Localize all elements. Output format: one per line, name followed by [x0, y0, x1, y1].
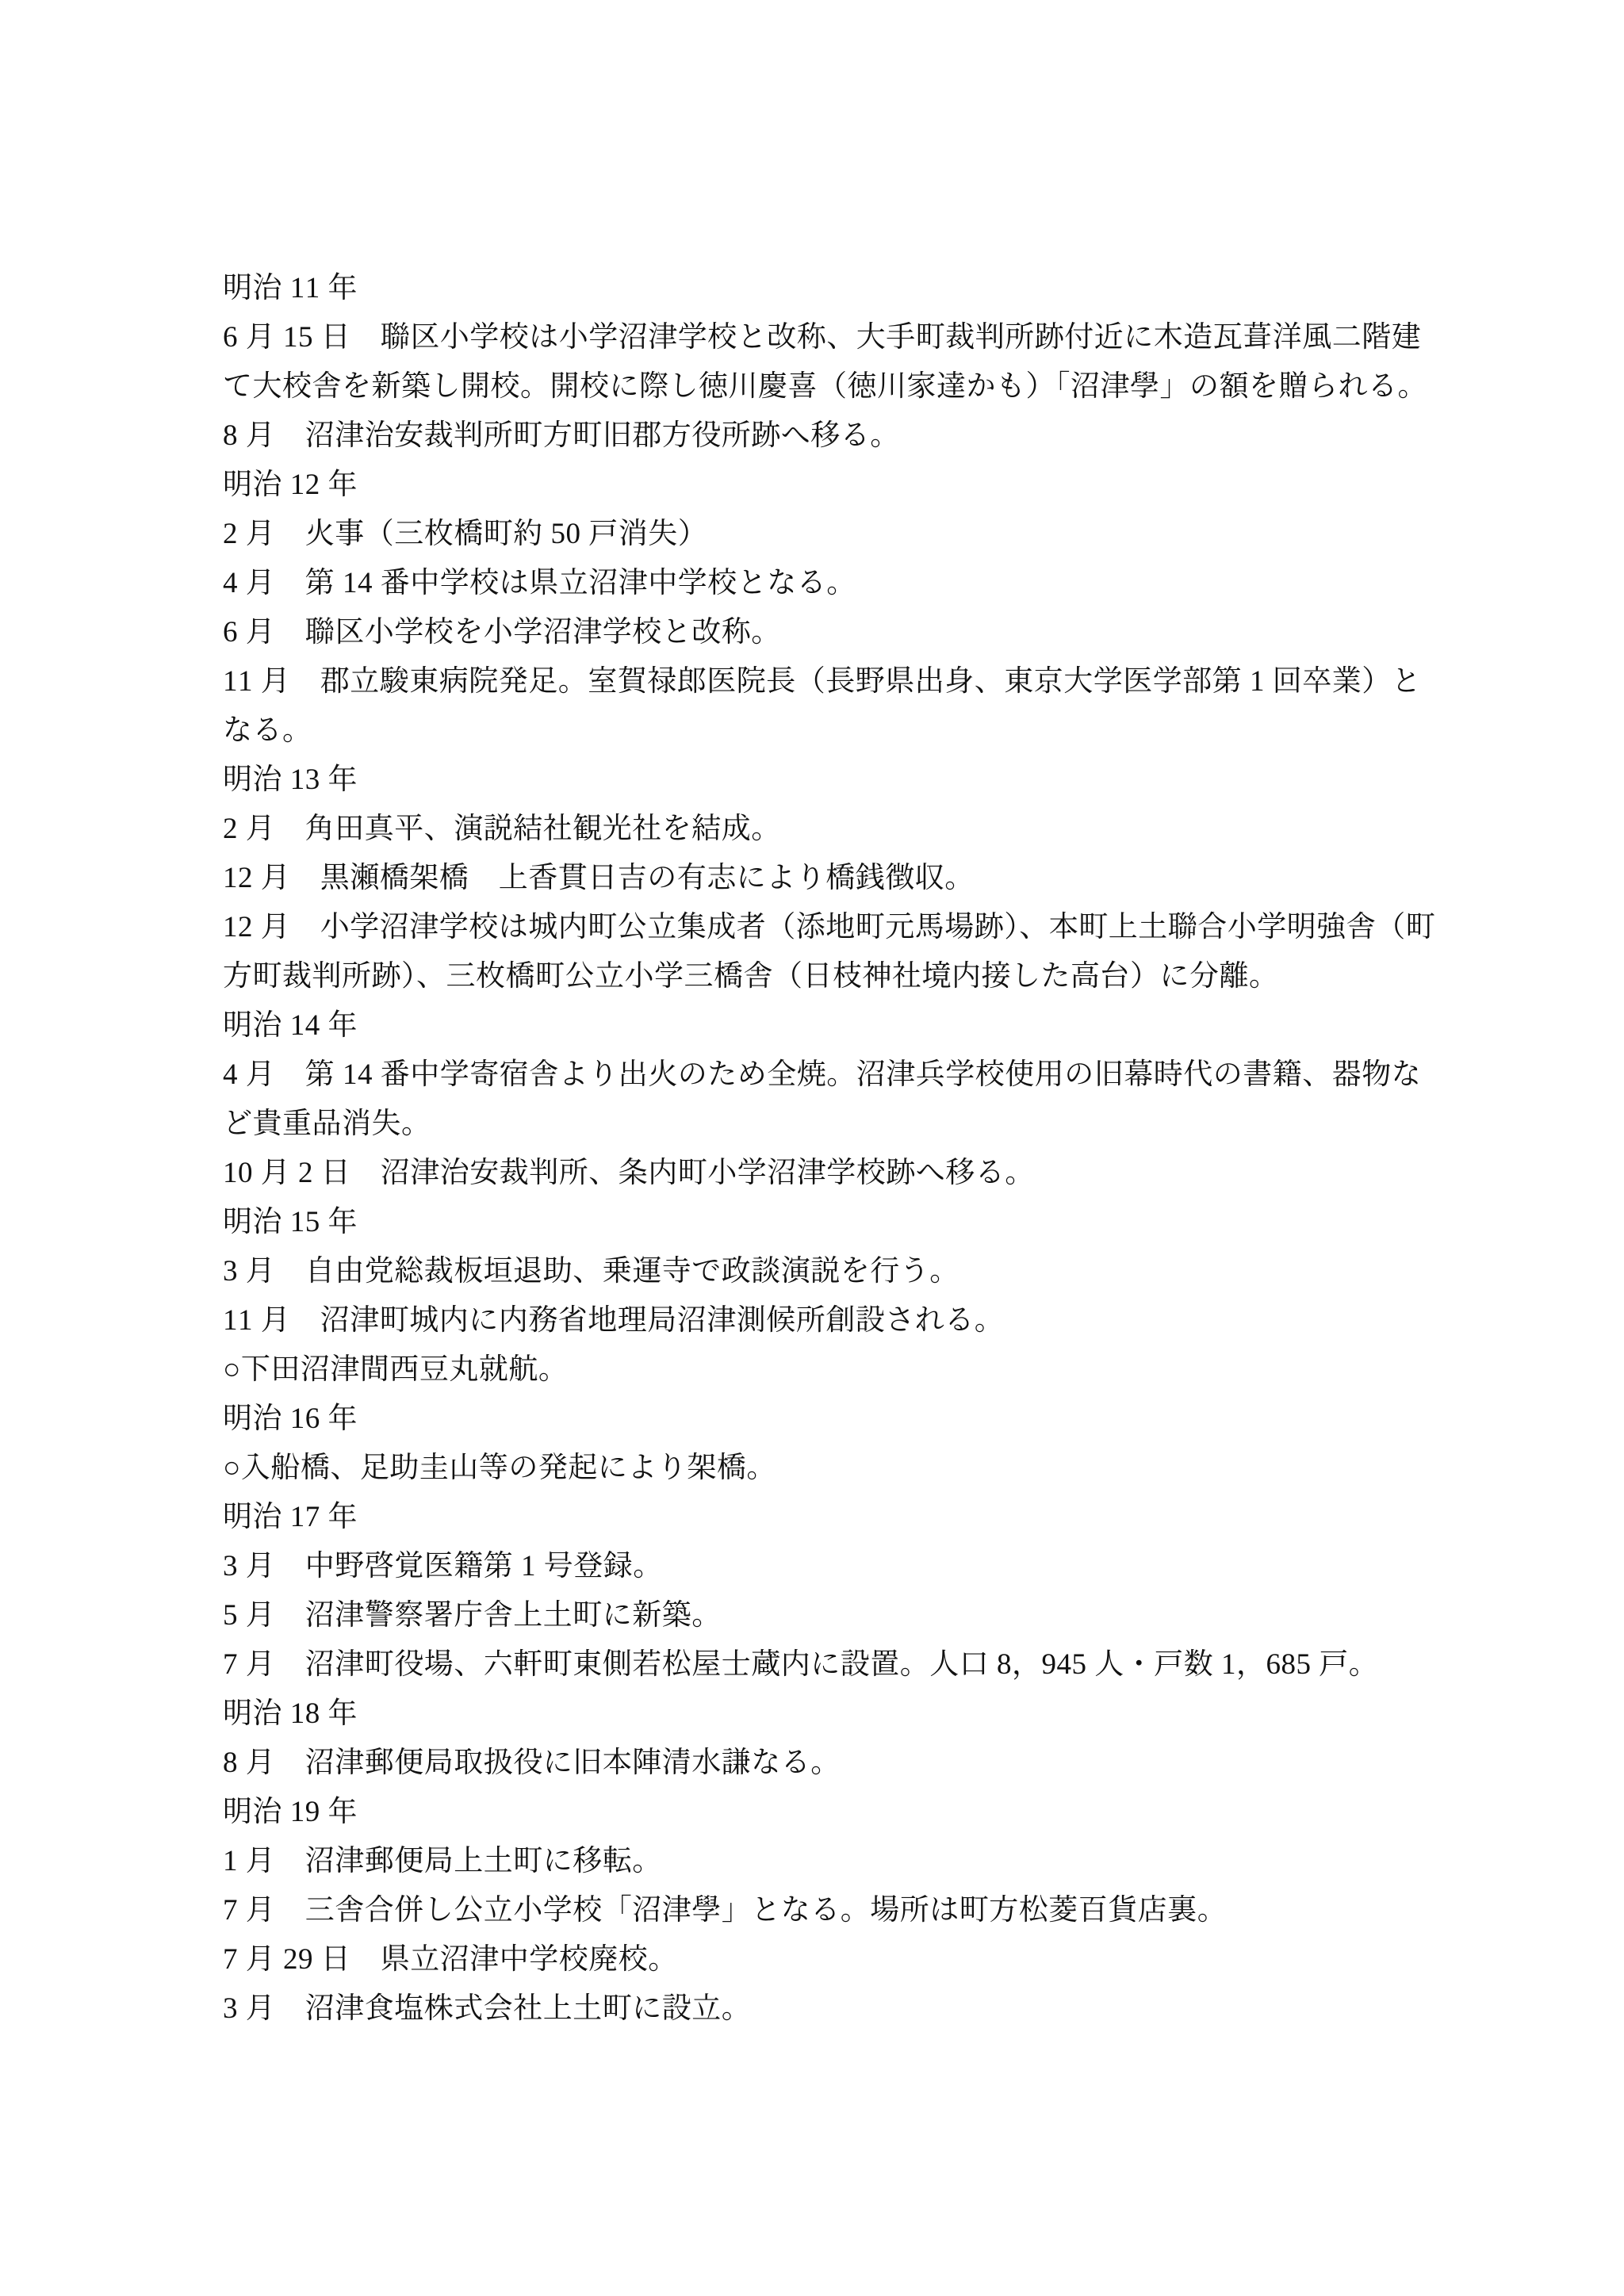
text-line: なる。: [223, 706, 1425, 756]
text-line: ○入船橋、足助圭山等の発起により架橋。: [223, 1444, 1425, 1493]
timeline-year-heading: 明治 11 年: [223, 264, 1425, 313]
timeline-year-heading: 明治 12 年: [223, 461, 1425, 510]
text-line: 7 月 沼津町役場、六軒町東側若松屋士蔵内に設置。人口 8，945 人・戸数 1…: [223, 1640, 1425, 1689]
timeline-entry: 6 月 15 日 聯区小学校は小学沼津学校と改称、大手町裁判所跡付近に木造瓦葺洋…: [223, 313, 1425, 411]
text-line: 8 月 沼津郵便局取扱役に旧本陣清水謙なる。: [223, 1739, 1425, 1788]
text-line: 4 月 第 14 番中学寄宿舎より出火のため全焼。沼津兵学校使用の旧幕時代の書籍…: [223, 1050, 1425, 1100]
text-line: 3 月 沼津食塩株式会社上土町に設立。: [223, 1984, 1425, 2034]
timeline-entry: 10 月 2 日 沼津治安裁判所、条内町小学沼津学校跡へ移る。: [223, 1149, 1425, 1198]
text-line: 7 月 三舎合併し公立小学校「沼津學」となる。場所は町方松菱百貨店裏。: [223, 1886, 1425, 1935]
timeline-year-heading: 明治 16 年: [223, 1395, 1425, 1444]
timeline-year-heading: 明治 15 年: [223, 1198, 1425, 1247]
timeline-entry: 2 月 火事（三枚橋町約 50 戸消失）: [223, 510, 1425, 559]
timeline-year-heading: 明治 19 年: [223, 1788, 1425, 1837]
text-line: 2 月 角田真平、演説結社観光社を結成。: [223, 805, 1425, 854]
text-line: 明治 11 年: [223, 264, 1425, 313]
text-line: 11 月 郡立駿東病院発足。室賀禄郎医院長（長野県出身、東京大学医学部第 1 回…: [223, 657, 1425, 706]
document-content: 明治 11 年6 月 15 日 聯区小学校は小学沼津学校と改称、大手町裁判所跡付…: [223, 264, 1425, 2034]
document-page: 明治 11 年6 月 15 日 聯区小学校は小学沼津学校と改称、大手町裁判所跡付…: [0, 0, 1624, 2296]
text-line: ○下田沼津間西豆丸就航。: [223, 1345, 1425, 1395]
text-line: 11 月 沼津町城内に内務省地理局沼津測候所創設される。: [223, 1296, 1425, 1345]
text-line: 明治 18 年: [223, 1689, 1425, 1739]
timeline-entry: 8 月 沼津郵便局取扱役に旧本陣清水謙なる。: [223, 1739, 1425, 1788]
timeline-entry: 11 月 郡立駿東病院発足。室賀禄郎医院長（長野県出身、東京大学医学部第 1 回…: [223, 657, 1425, 756]
text-line: 6 月 聯区小学校を小学沼津学校と改称。: [223, 608, 1425, 657]
timeline-entry: 8 月 沼津治安裁判所町方町旧郡方役所跡へ移る。: [223, 411, 1425, 461]
timeline-entry: 7 月 三舎合併し公立小学校「沼津學」となる。場所は町方松菱百貨店裏。: [223, 1886, 1425, 1935]
text-line: 10 月 2 日 沼津治安裁判所、条内町小学沼津学校跡へ移る。: [223, 1149, 1425, 1198]
timeline-entry: ○入船橋、足助圭山等の発起により架橋。: [223, 1444, 1425, 1493]
text-line: 明治 13 年: [223, 756, 1425, 805]
text-line: 明治 15 年: [223, 1198, 1425, 1247]
timeline-entry: 6 月 聯区小学校を小学沼津学校と改称。: [223, 608, 1425, 657]
text-line: 明治 16 年: [223, 1395, 1425, 1444]
timeline-year-heading: 明治 14 年: [223, 1001, 1425, 1050]
timeline-entry: 12 月 黒瀬橋架橋 上香貫日吉の有志により橋銭徴収。: [223, 854, 1425, 903]
text-line: 3 月 自由党総裁板垣退助、乗運寺で政談演説を行う。: [223, 1247, 1425, 1296]
text-line: 明治 19 年: [223, 1788, 1425, 1837]
timeline-year-heading: 明治 17 年: [223, 1493, 1425, 1542]
text-line: 12 月 小学沼津学校は城内町公立集成者（添地町元馬場跡）、本町上土聯合小学明強…: [223, 903, 1425, 952]
timeline-year-heading: 明治 13 年: [223, 756, 1425, 805]
timeline-entry: 5 月 沼津警察署庁舎上土町に新築。: [223, 1591, 1425, 1640]
text-line: 4 月 第 14 番中学校は県立沼津中学校となる。: [223, 559, 1425, 608]
timeline-entry: ○下田沼津間西豆丸就航。: [223, 1345, 1425, 1395]
timeline-entry: 7 月 29 日 県立沼津中学校廃校。: [223, 1935, 1425, 1984]
timeline-entry: 3 月 沼津食塩株式会社上土町に設立。: [223, 1984, 1425, 2034]
timeline-entry: 1 月 沼津郵便局上土町に移転。: [223, 1837, 1425, 1886]
text-line: 6 月 15 日 聯区小学校は小学沼津学校と改称、大手町裁判所跡付近に木造瓦葺洋…: [223, 313, 1425, 362]
text-line: 明治 14 年: [223, 1001, 1425, 1050]
text-line: 方町裁判所跡）、三枚橋町公立小学三橋舎（日枝神社境内接した高台）に分離。: [223, 952, 1425, 1001]
timeline-entry: 4 月 第 14 番中学寄宿舎より出火のため全焼。沼津兵学校使用の旧幕時代の書籍…: [223, 1050, 1425, 1149]
timeline-entry: 7 月 沼津町役場、六軒町東側若松屋士蔵内に設置。人口 8，945 人・戸数 1…: [223, 1640, 1425, 1689]
text-line: 2 月 火事（三枚橋町約 50 戸消失）: [223, 510, 1425, 559]
text-line: 明治 12 年: [223, 461, 1425, 510]
text-line: 8 月 沼津治安裁判所町方町旧郡方役所跡へ移る。: [223, 411, 1425, 461]
timeline-entry: 12 月 小学沼津学校は城内町公立集成者（添地町元馬場跡）、本町上土聯合小学明強…: [223, 903, 1425, 1001]
text-line: 1 月 沼津郵便局上土町に移転。: [223, 1837, 1425, 1886]
timeline-entry: 11 月 沼津町城内に内務省地理局沼津測候所創設される。: [223, 1296, 1425, 1345]
text-line: て大校舎を新築し開校。開校に際し徳川慶喜（徳川家達かも）「沼津學」の額を贈られる…: [223, 362, 1425, 411]
text-line: 5 月 沼津警察署庁舎上土町に新築。: [223, 1591, 1425, 1640]
text-line: ど貴重品消失。: [223, 1100, 1425, 1149]
timeline-entry: 3 月 中野啓覚医籍第 1 号登録。: [223, 1542, 1425, 1591]
text-line: 12 月 黒瀬橋架橋 上香貫日吉の有志により橋銭徴収。: [223, 854, 1425, 903]
timeline-year-heading: 明治 18 年: [223, 1689, 1425, 1739]
timeline-entry: 3 月 自由党総裁板垣退助、乗運寺で政談演説を行う。: [223, 1247, 1425, 1296]
timeline-entry: 2 月 角田真平、演説結社観光社を結成。: [223, 805, 1425, 854]
timeline-entry: 4 月 第 14 番中学校は県立沼津中学校となる。: [223, 559, 1425, 608]
text-line: 明治 17 年: [223, 1493, 1425, 1542]
text-line: 3 月 中野啓覚医籍第 1 号登録。: [223, 1542, 1425, 1591]
text-line: 7 月 29 日 県立沼津中学校廃校。: [223, 1935, 1425, 1984]
